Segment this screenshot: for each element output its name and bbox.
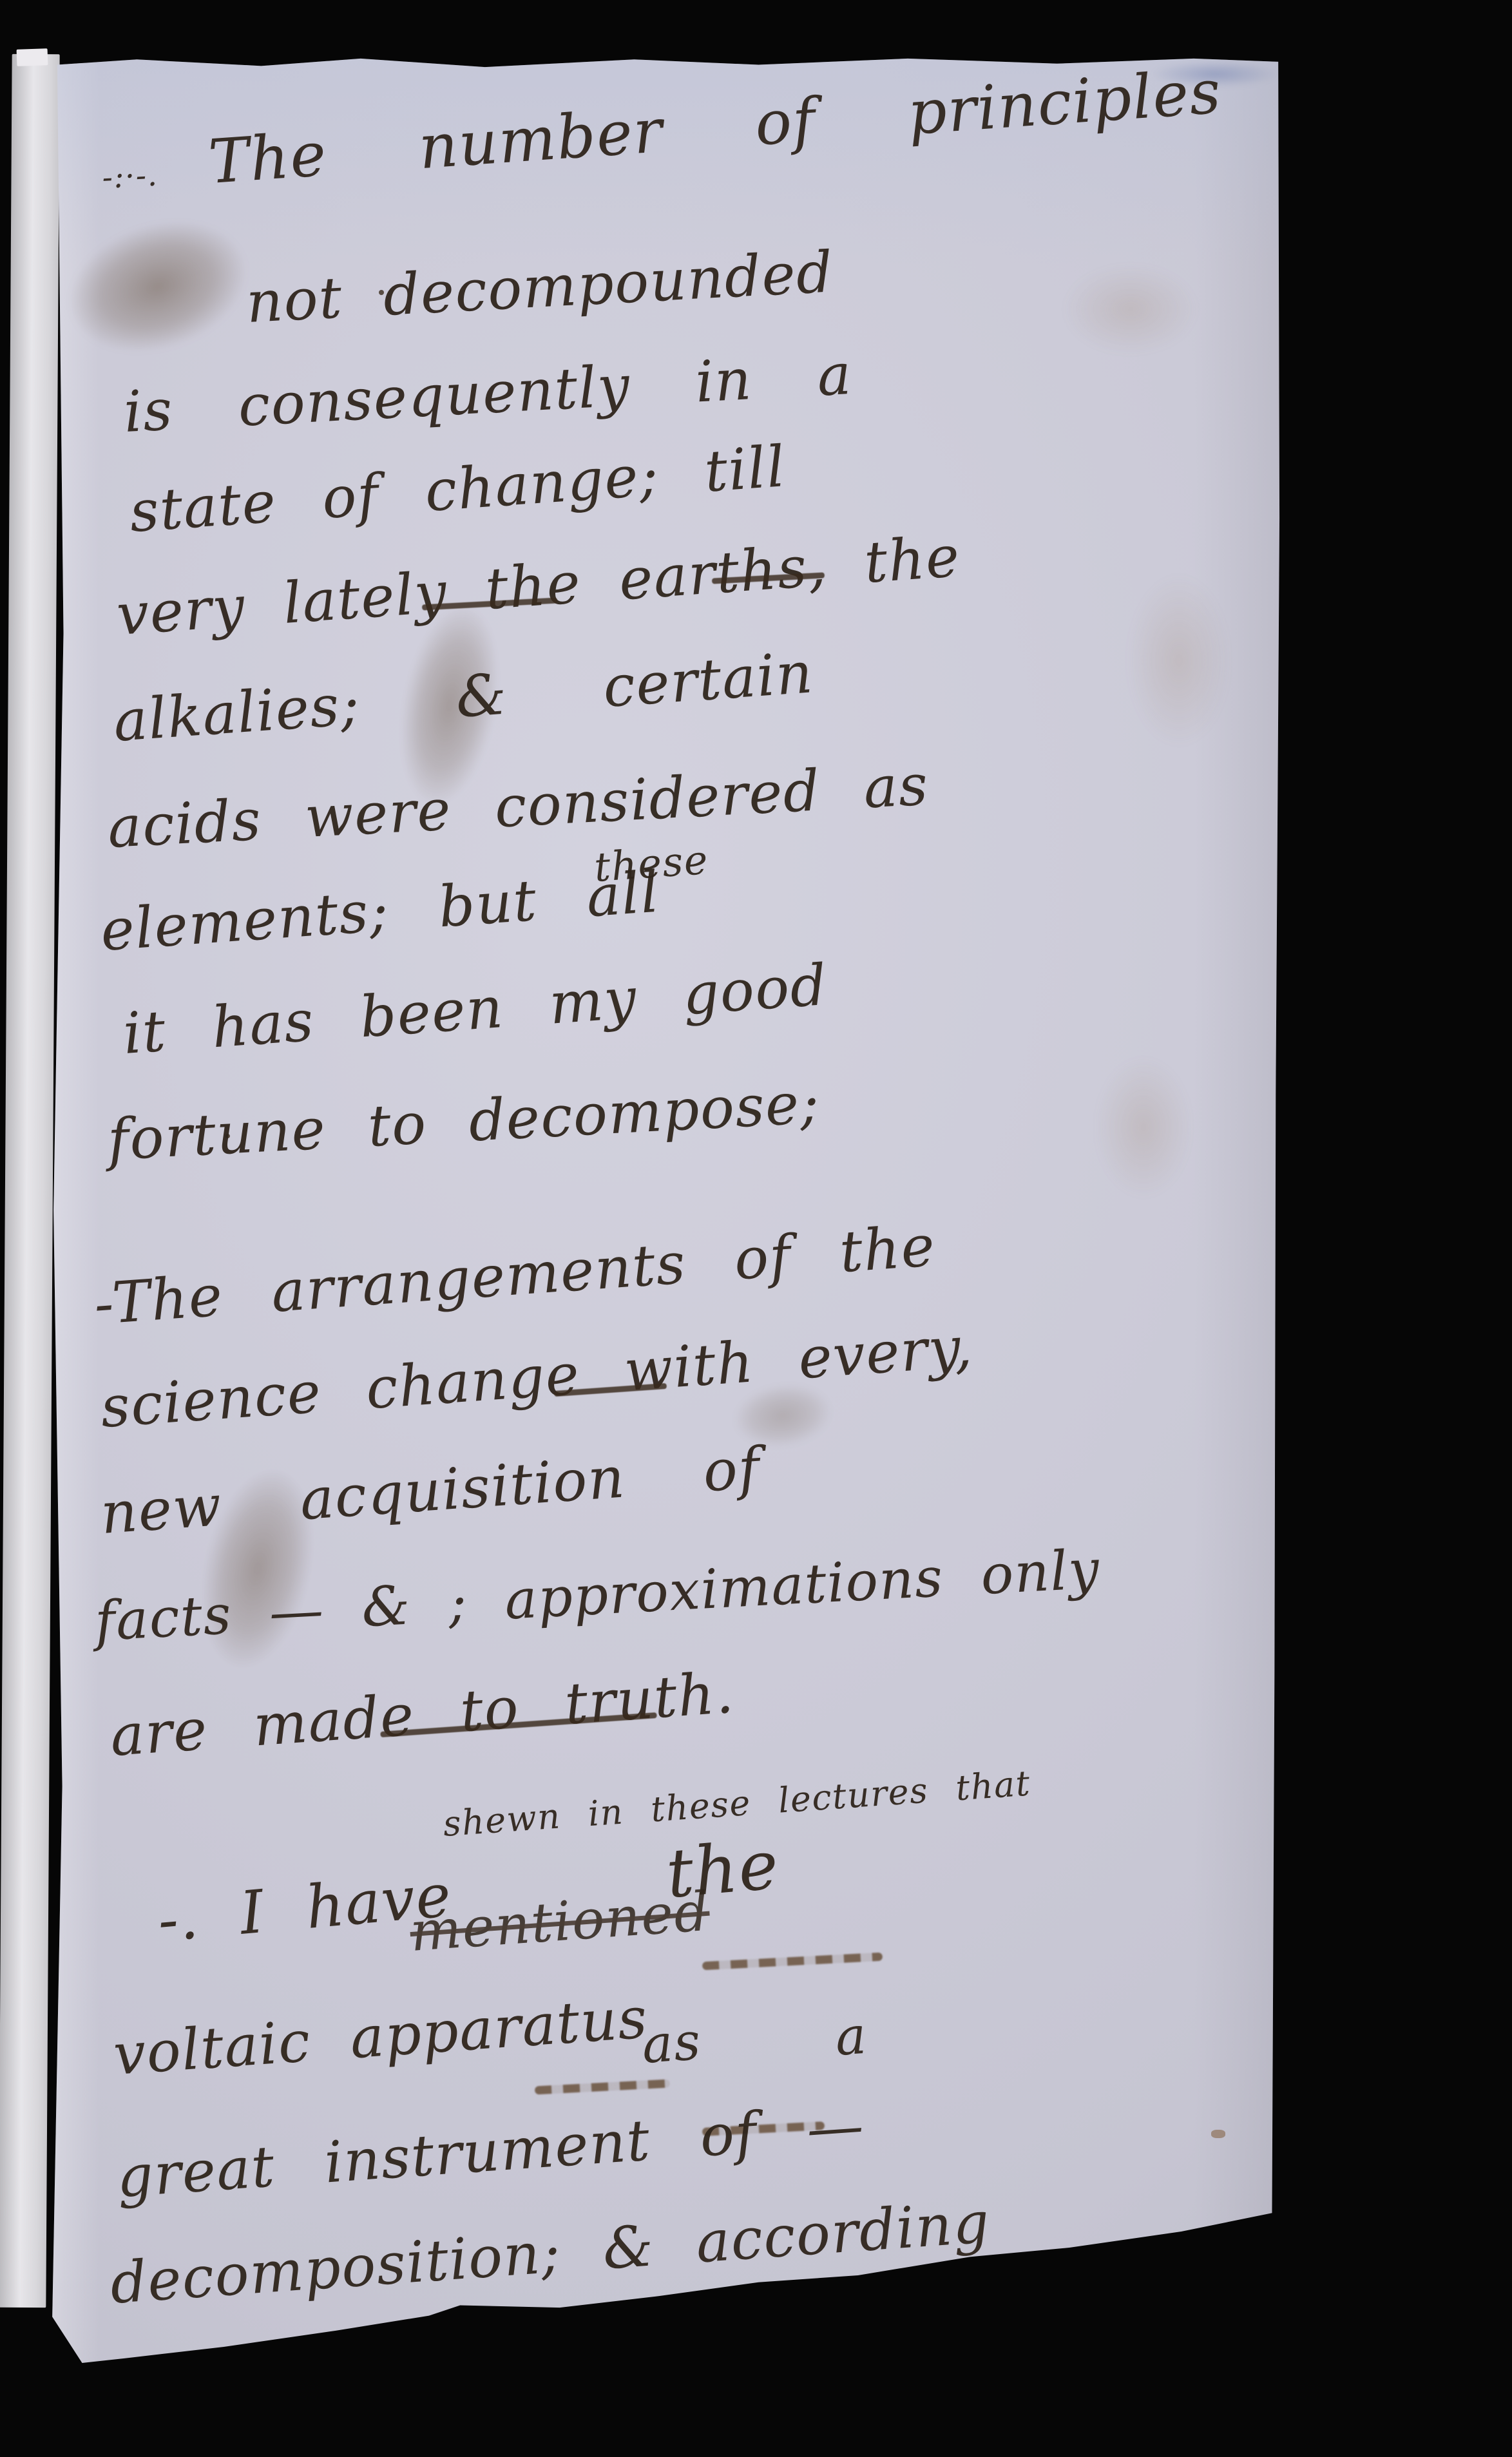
ink-speck <box>1211 2130 1225 2138</box>
ink-blot-trail <box>702 1953 883 1971</box>
manuscript-line: is consequently in a <box>122 341 854 445</box>
superscript-word: these <box>593 836 710 891</box>
manuscript-line: acids were considered as <box>106 751 930 861</box>
bleed-through-spot <box>1095 1056 1192 1198</box>
manuscript-line: The number of principles <box>206 57 1223 198</box>
manuscript-line: very lately the earths, the <box>115 523 962 648</box>
opening-mark: -:·-. <box>101 157 158 196</box>
manuscript-line: voltaic apparatus <box>111 1984 650 2088</box>
page-edge-tab <box>17 48 48 66</box>
manuscript-line: it has been my good <box>121 951 830 1067</box>
manuscript-line: not decompounded <box>245 238 836 336</box>
manuscript-page: -:·-. The number of principles not decom… <box>37 57 1281 2363</box>
bleed-through-spot <box>1127 573 1230 747</box>
manuscript-line: decomposition; & according <box>108 2189 992 2317</box>
manuscript-line: -The arrangements of the <box>92 1212 938 1337</box>
struck-word: mentioned <box>408 1880 711 1964</box>
manuscript-scan-photo: -:·-. The number of principles not decom… <box>0 0 1512 2457</box>
book-fore-edge <box>0 54 60 2308</box>
bleed-through-spot <box>1063 264 1198 354</box>
manuscript-line: elements; but all <box>99 859 662 964</box>
manuscript-line: state of change; till <box>128 433 788 545</box>
manuscript-line: the <box>663 1825 782 1913</box>
manuscript-line: as <box>640 2011 703 2075</box>
manuscript-line: fortune to decompose; <box>106 1069 821 1173</box>
manuscript-line: science change with every, <box>99 1314 975 1440</box>
manuscript-line: new acquisition of <box>99 1435 763 1547</box>
ink-blot-trail <box>535 2079 670 2095</box>
manuscript-line: a <box>834 2005 870 2067</box>
ink-smudge <box>53 200 262 372</box>
manuscript-line: great instrument of — <box>115 2092 866 2210</box>
